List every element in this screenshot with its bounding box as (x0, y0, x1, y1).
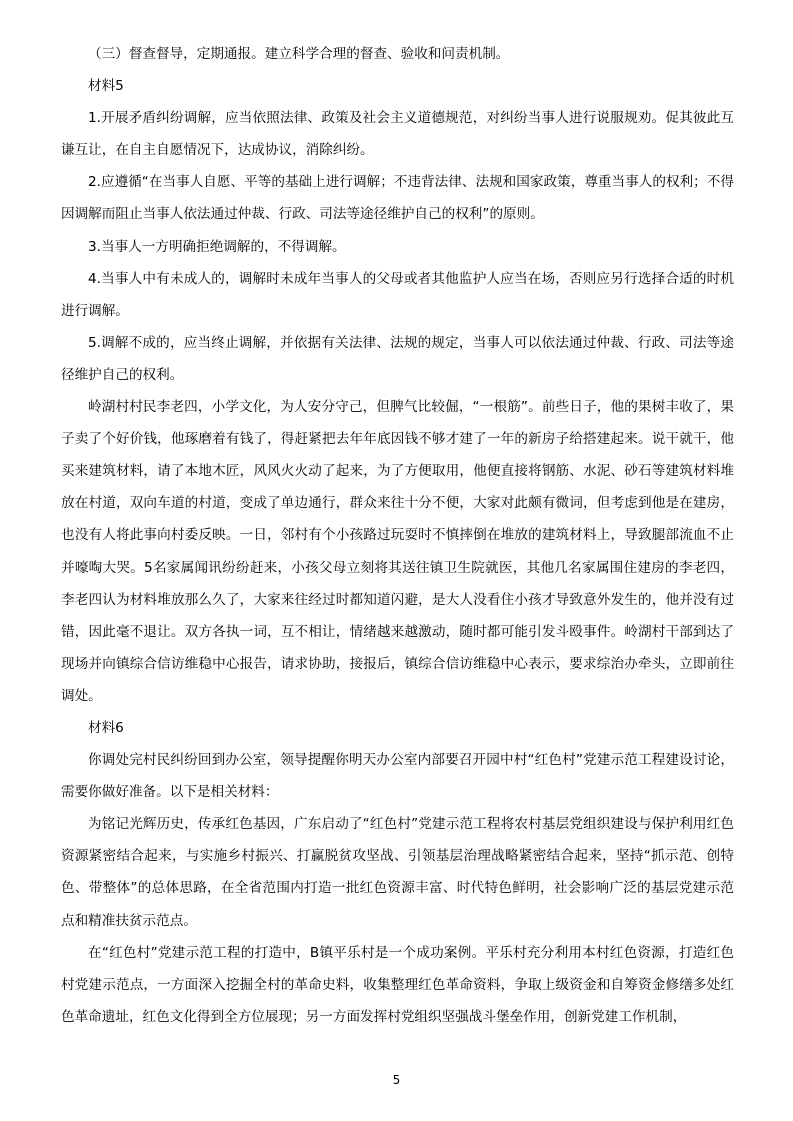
material-6-heading: 材料6 (61, 712, 734, 744)
material-6-pingle-village-case: 在“红色村”党建示范工程的打造中，B镇平乐村是一个成功案例。平乐村充分利用本村红… (61, 937, 734, 1033)
material-5-item-5: 5.调解不成的，应当终止调解，并依据有关法律、法规的规定，当事人可以依法通过仲裁… (61, 327, 734, 391)
material-6-red-village-background: 为铭记光辉历史，传承红色基因，广东启动了“红色村”党建示范工程将农村基层党组织建… (61, 808, 734, 936)
document-page-body: （三）督查督导，定期通报。建立科学合理的督查、验收和问责机制。 材料5 1.开展… (61, 38, 734, 1033)
material-6-intro: 你调处完村民纠纷回到办公室，领导提醒你明天办公室内部要召开园中村“红色村”党建示… (61, 744, 734, 808)
material-5-item-2: 2.应遵循“在当事人自愿、平等的基础上进行调解；不违背法律、法规和国家政策，尊重… (61, 166, 734, 230)
section-heading-supervision: （三）督查督导，定期通报。建立科学合理的督查、验收和问责机制。 (61, 38, 734, 70)
page-number: 5 (0, 1072, 793, 1088)
material-5-item-4: 4.当事人中有未成人的，调解时未成年当事人的父母或者其他监护人应当在场，否则应另… (61, 263, 734, 327)
material-5-heading: 材料5 (61, 70, 734, 102)
material-5-case-narrative: 岭湖村村民李老四，小学文化，为人安分守己，但脾气比较倔，“一根筋”。前些日子，他… (61, 391, 734, 712)
material-5-item-1: 1.开展矛盾纠纷调解，应当依照法律、政策及社会主义道德规范，对纠纷当事人进行说服… (61, 102, 734, 166)
material-5-item-3: 3.当事人一方明确拒绝调解的，不得调解。 (61, 231, 734, 263)
